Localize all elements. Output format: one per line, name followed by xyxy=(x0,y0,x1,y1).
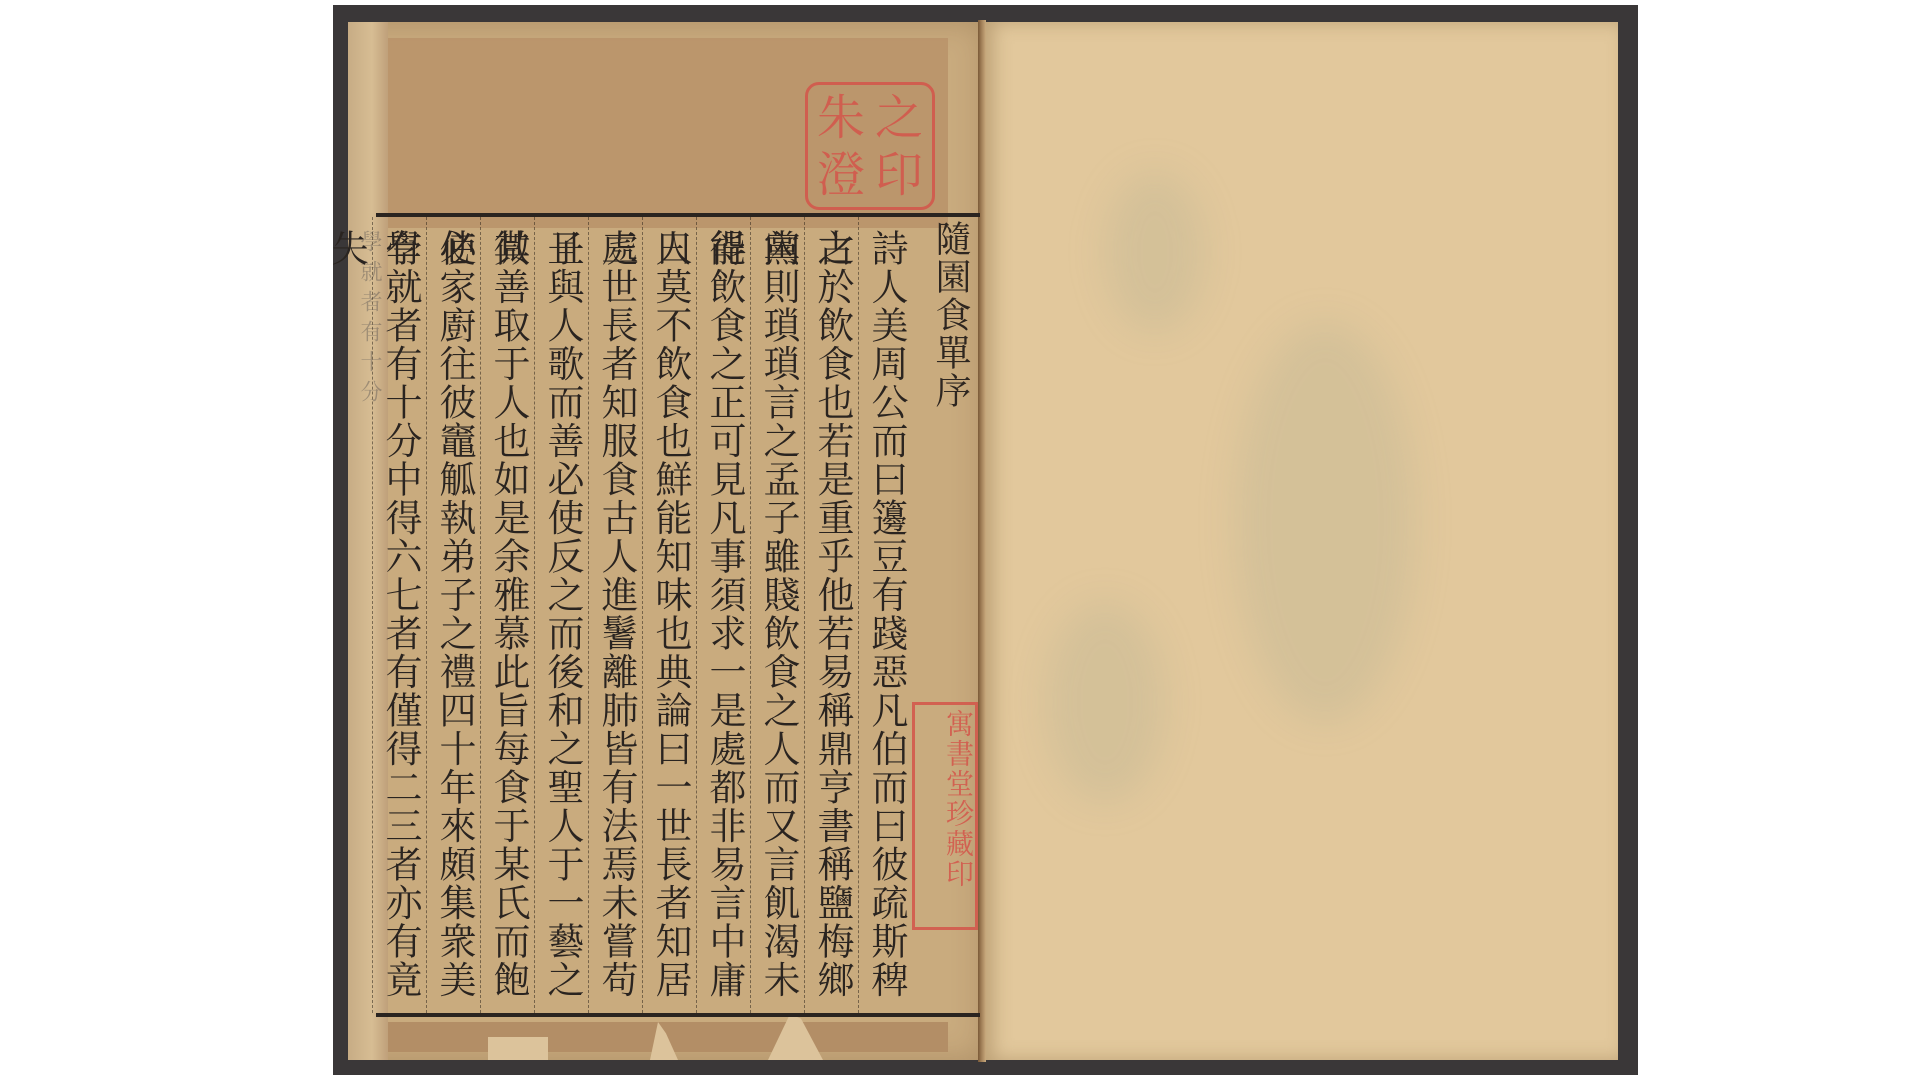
collector-seal-top: 朱 之 澄 印 xyxy=(805,82,935,210)
paper-stain xyxy=(1235,322,1415,722)
column-text: 使家廚往彼竈觚執弟子之禮四十年來頗集衆美有 xyxy=(427,229,481,1013)
text-column: 三世長者知服食古人進鬐離肺皆有法焉未嘗苟且 xyxy=(588,217,642,1013)
column-text: 詩人美周公而曰籩豆有踐惡凡伯而曰彼疏斯稗古 xyxy=(859,229,913,1013)
text-column: 得飲食之正可見凡事須求一是處都非易言中庸曰 xyxy=(696,217,750,1013)
paper-tear xyxy=(488,1037,548,1060)
right-page xyxy=(985,22,1618,1060)
text-column: 詩人美周公而曰籩豆有踐惡凡伯而曰彼疏斯稗古 xyxy=(858,217,912,1013)
column-text: 學就者有十分中得六七者有僅得二三者亦有竟失 xyxy=(373,229,427,1013)
text-column: 子與人歌而善必使反之而後和之聖人于一藝之微 xyxy=(534,217,588,1013)
text-column: 之於飲食也若是重乎他若易稱鼎亨書稱鹽梅鄉黨 xyxy=(804,217,858,1013)
column-text: 人莫不飲食也鮮能知味也典論曰一世長者知居處 xyxy=(643,229,697,1013)
preface-title: 隨園食單序 xyxy=(930,220,970,410)
text-column: 內則瑣瑣言之孟子雖賤飲食之人而又言飢渴未能 xyxy=(750,217,804,1013)
column-text: 其善取于人也如是余雅慕此旨每食于某氏而飽必 xyxy=(481,229,535,1013)
seal-char: 之 xyxy=(870,94,928,142)
column-text: 內則瑣瑣言之孟子雖賤飲食之人而又言飢渴未能 xyxy=(751,229,805,1013)
text-column: 人莫不飲食也鮮能知味也典論曰一世長者知居處 xyxy=(642,217,696,1013)
paper-stain xyxy=(1045,602,1165,802)
text-column: 使家廚往彼竈觚執弟子之禮四十年來頗集衆美有 xyxy=(426,217,480,1013)
seal-char: 澄 xyxy=(812,151,870,199)
column-text: 得飲食之正可見凡事須求一是處都非易言中庸曰 xyxy=(697,229,751,1013)
text-frame: 詩人美周公而曰籩豆有踐惡凡伯而曰彼疏斯稗古 之於飲食也若是重乎他若易稱鼎亨書稱鹽… xyxy=(376,213,980,1017)
column-text: 三世長者知服食古人進鬐離肺皆有法焉未嘗苟且 xyxy=(589,229,643,1013)
text-column: 學就者有十分中得六七者有僅得二三者亦有竟失 xyxy=(372,217,426,1013)
seal-char: 朱 xyxy=(812,94,870,142)
column-text: 之於飲食也若是重乎他若易稱鼎亨書稱鹽梅鄉黨 xyxy=(805,229,859,1013)
collector-seal-bottom: 寓書堂珍藏印 xyxy=(912,702,978,930)
column-text: 子與人歌而善必使反之而後和之聖人于一藝之微 xyxy=(535,229,589,1013)
paper-stain xyxy=(1105,172,1205,332)
seal-char: 印 xyxy=(870,151,928,199)
text-column: 其善取于人也如是余雅慕此旨每食于某氏而飽必 xyxy=(480,217,534,1013)
